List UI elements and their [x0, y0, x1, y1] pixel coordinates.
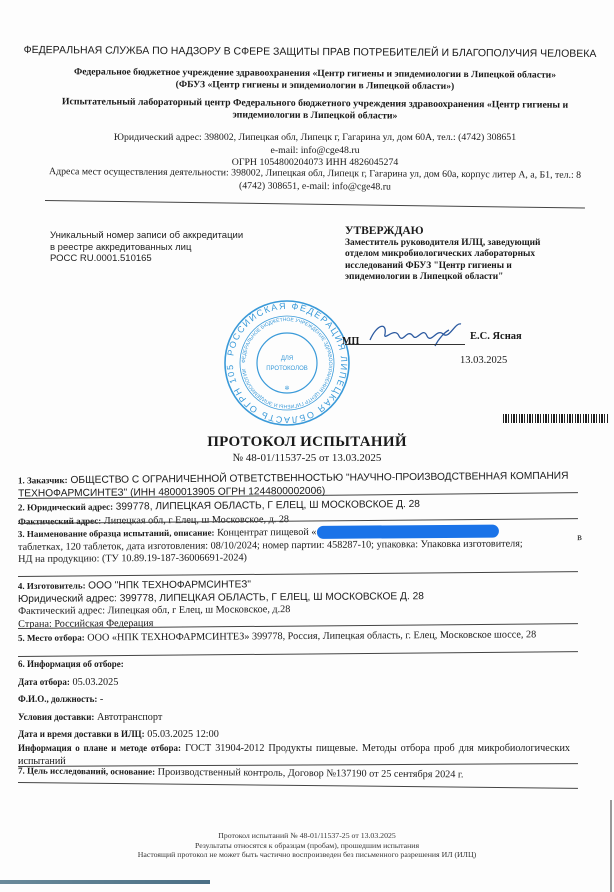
purpose-value: Производственный контроль, Договор №1371… [158, 767, 464, 781]
footer-line2: Результаты относятся к образцам (пробам)… [0, 841, 614, 851]
signature-line [345, 344, 465, 345]
svg-text:✲: ✲ [284, 385, 289, 392]
accreditation-line2: в реестре аккредитованных лиц [50, 242, 243, 254]
approval-title: УТВЕРЖДАЮ [345, 226, 565, 238]
delivery-datetime-value: 05.03.2025 12:00 [147, 729, 219, 740]
delivery-value: Автотранспорт [97, 712, 162, 723]
protocol-title: ПРОТОКОЛ ИСПЫТАНИЙ [0, 434, 614, 451]
stamp-center-text-1: ДЛЯ [281, 356, 293, 362]
redacted-product-name [316, 525, 498, 539]
barcode-icon [503, 414, 608, 423]
signature-icon [365, 318, 470, 350]
activity-address: Адреса мест осуществления деятельности: … [35, 166, 595, 195]
section-sample: 3. Наименование образца испытаний, описа… [18, 524, 584, 566]
approval-block: УТВЕРЖДАЮ Заместитель руководителя ИЛЦ, … [345, 226, 565, 284]
sampling-info-label: 6. Информация об отборе: [18, 656, 584, 674]
lab-center-title: Испытательный лабораторный центр Федерал… [62, 96, 568, 121]
sampling-place-label: 5. Место отбора: [18, 633, 85, 643]
sample-label: 3. Наименование образца испытаний, описа… [18, 528, 215, 539]
protocol-number: № 48-01/11537-25 от 13.03.2025 [0, 452, 614, 464]
sample-nd: НД на продукцию: (ТУ 10.89.19-187-360066… [18, 550, 584, 566]
delivery-datetime-label: Дата и время доставки в ИЛЦ: [18, 729, 145, 739]
lab-center-name: Испытательный лабораторный центр Федерал… [30, 96, 600, 124]
purpose-label: 7. Цель исследований, основание: [18, 766, 155, 777]
legal-address-value: 399778, ЛИПЕЦКАЯ ОБЛАСТЬ, Г ЕЛЕЦ, Ш МОСК… [116, 499, 420, 513]
header-divider [45, 200, 585, 209]
stamp-center-text-2: ПРОТОКОЛОВ [266, 366, 308, 372]
footer-line1: Протокол испытаний № 48-01/11537-25 от 1… [0, 831, 614, 841]
sample-value-start: Концентрат пищевой « [217, 527, 316, 539]
accreditation-line1: Уникальный номер записи об аккредитации [50, 230, 243, 242]
delivery-label: Условия доставки: [18, 712, 94, 722]
section-sampling-info: 6. Информация об отборе: Дата отбора: 05… [18, 656, 584, 744]
agency-name: ФЕДЕРАЛЬНАЯ СЛУЖБА ПО НАДЗОРУ В СФЕРЕ ЗА… [20, 44, 600, 61]
fio-label: Ф.И.О., должность: [18, 694, 97, 704]
sample-value-end: в [577, 532, 582, 545]
sampling-place-value: ООО «НПК ТЕХНОФАРМСИНТЕЗ» 399778, Россия… [87, 629, 536, 643]
email-link[interactable]: e-mail: info@cge48.ru [30, 145, 600, 158]
accreditation-block: Уникальный номер записи об аккредитации … [50, 230, 243, 265]
institution-name: Федеральное бюджетное учреждение здравоо… [20, 66, 610, 93]
manufacturer-value: ООО "НПК ТЕХНОФАРМСИНТЕЗ" [88, 579, 251, 591]
stamp-mark: МП [342, 336, 359, 347]
page-footer: Протокол испытаний № 48-01/11537-25 от 1… [0, 831, 614, 860]
sampling-date-label: Дата отбора: [18, 677, 70, 687]
sampling-method-label: Информация о плане и методе отбора: [18, 743, 181, 753]
divider [18, 782, 578, 789]
svg-text:ФЕДЕРАЛЬНОЕ БЮДЖЕТНОЕ УЧРЕЖДЕН: ФЕДЕРАЛЬНОЕ БЮДЖЕТНОЕ УЧРЕЖДЕНИЕ ЗДРАВОО… [241, 317, 333, 409]
manufacturer-label: 4. Изготовитель: [18, 581, 86, 591]
scan-shadow [0, 880, 210, 884]
scan-edge [610, 800, 612, 892]
header-contacts: Юридический адрес: 398002, Липецкая обл,… [30, 132, 600, 170]
official-stamp-icon: РОССИЙСКАЯ ФЕДЕРАЦИЯ ЛИПЕЦКАЯ ОБЛАСТЬ ОГ… [222, 298, 352, 428]
fio-value: - [100, 694, 103, 705]
customer-label: 1. Заказчик: [18, 475, 68, 485]
footer-line3: Настоящий протокол не может быть частичн… [0, 850, 614, 860]
legal-address: Юридический адрес: 398002, Липецкая обл,… [30, 132, 600, 145]
document-page: ФЕДЕРАЛЬНАЯ СЛУЖБА ПО НАДЗОРУ В СФЕРЕ ЗА… [0, 0, 614, 892]
section-manufacturer: 4. Изготовитель: ООО "НПК ТЕХНОФАРМСИНТЕ… [18, 576, 584, 631]
signatory-name: Е.С. Ясная [470, 331, 522, 342]
fact-address-label: Фактический адрес: [18, 515, 101, 526]
approval-position: Заместитель руководителя ИЛЦ, заведующий… [345, 238, 565, 284]
legal-address-label: 2. Юридический адрес: [18, 502, 113, 513]
approval-date: 13.03.2025 [460, 355, 507, 366]
sampling-date-value: 05.03.2025 [72, 677, 118, 688]
section-sampling-place: 5. Место отбора: ООО «НПК ТЕХНОФАРМСИНТЕ… [18, 628, 584, 645]
accreditation-number: РОСС RU.0001.510165 [50, 253, 243, 265]
